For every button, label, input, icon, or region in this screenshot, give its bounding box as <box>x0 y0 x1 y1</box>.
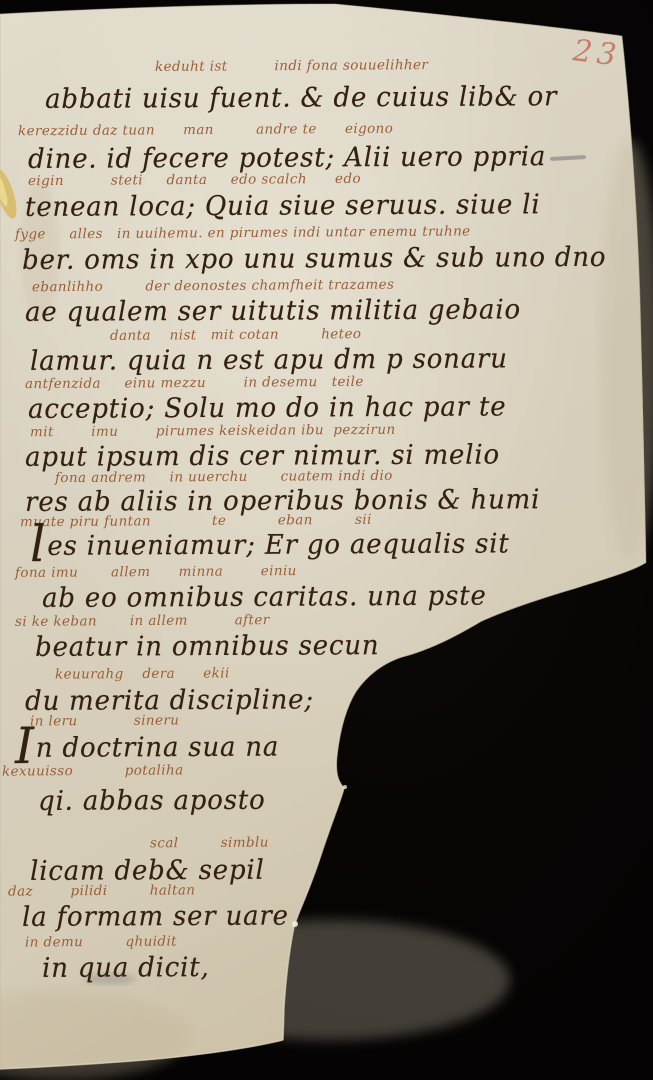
main-text-line: la formam ser uare <box>22 901 289 934</box>
gloss-line: antfenzida einu mezzu in desemu teile <box>25 374 364 392</box>
gloss-line: danta nist mit cotan heteo <box>110 326 362 344</box>
gloss-line: in leru sineru <box>30 712 179 729</box>
main-text-line: ae qualem ser uitutis militia gebaio <box>25 294 521 328</box>
gloss-line: scal simblu <box>150 835 269 852</box>
gloss-line: fona andrem in uuerchu cuatem indi dio <box>55 468 393 486</box>
main-text-line: lamur. quia n est apu dm p sonaru <box>30 343 508 377</box>
main-text-line: ab eo omnibus caritas. una pste <box>42 581 487 615</box>
gloss-line: keuurahg dera ekii <box>55 665 230 682</box>
gloss-line: keduht ist indi fona souuelihher <box>155 57 428 75</box>
main-text-line: abbati uisu fuent. & de cuius lib& or <box>45 81 557 115</box>
main-text-line: ber. oms in xpo unu sumus & sub uno dno <box>22 242 606 276</box>
gloss-line: kerezzidu daz tuan man andre te eigono <box>18 121 393 140</box>
gloss-line: mit imu pirumes keiskeidan ibu pezzirun <box>30 422 396 441</box>
main-text-line: acceptio; Solu mo do in hac par te <box>28 391 506 425</box>
main-text-line: In doctrina sua na <box>15 732 279 765</box>
main-text-line: tenean loca; Quia siue seruus. siue li <box>25 189 541 223</box>
gloss-line: daz pilidi haltan <box>8 882 195 899</box>
gloss-line: kexuuisso potaliha <box>2 762 184 779</box>
gloss-line: fyge alles in uuihemu. en pirumes indi u… <box>15 223 471 242</box>
gloss-line: ebanlihho der deonostes chamfheit trazam… <box>32 277 394 296</box>
gloss-line: si ke keban in allem after <box>15 612 270 630</box>
main-text-line: les inueniamur; Er go aequalis sit <box>30 528 510 562</box>
gloss-line: muate piru funtan te eban sii <box>20 512 372 530</box>
main-text-line: dine. id fecere potest; Alii uero ppria <box>28 141 546 175</box>
gloss-line: in demu qhuidit <box>25 933 177 950</box>
gloss-line: fona imu allem minna einiu <box>15 563 297 581</box>
main-text-line: qi. abbas aposto <box>38 785 266 817</box>
main-text-line: beatur in omnibus secun <box>35 630 379 663</box>
manuscript-photo: 23 keduht ist indi fona souuelihherabbat… <box>0 0 653 1080</box>
main-text-line: in qua dicit, <box>42 952 210 984</box>
gloss-line: eigin steti danta edo scalch edo <box>28 171 361 189</box>
